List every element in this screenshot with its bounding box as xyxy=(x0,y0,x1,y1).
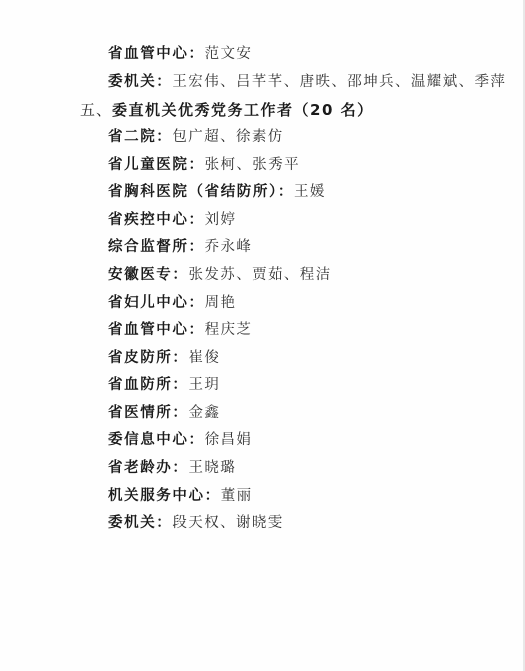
list-item: 省皮防所：崔俊 xyxy=(108,347,220,369)
person-names: 张柯、张秀平 xyxy=(205,157,300,173)
list-item: 省疾控中心：刘婷 xyxy=(108,209,236,231)
unit-label: 机关服务中心： xyxy=(108,488,221,504)
list-item: 省老龄办：王晓璐 xyxy=(108,457,236,479)
list-item: 委信息中心：徐昌娟 xyxy=(108,429,252,451)
section-title: 委直机关优秀党务工作者（20 名） xyxy=(112,101,374,119)
person-names: 徐昌娟 xyxy=(205,432,253,448)
unit-label: 省儿童医院： xyxy=(108,157,205,173)
list-item: 省血管中心：范文安 xyxy=(108,43,252,65)
unit-label: 省疾控中心： xyxy=(108,212,205,228)
unit-label: 省胸科医院（省结防所）： xyxy=(108,184,294,200)
person-names: 程庆芝 xyxy=(205,322,253,338)
person-names: 周艳 xyxy=(205,295,237,311)
person-names: 乔永峰 xyxy=(205,239,253,255)
person-names: 王媛 xyxy=(294,184,326,200)
person-names: 刘婷 xyxy=(205,212,237,228)
section-number: 五、 xyxy=(80,101,112,119)
list-item: 省血管中心：程庆芝 xyxy=(108,319,252,341)
unit-label: 省医情所： xyxy=(108,405,189,421)
unit-label: 省血管中心： xyxy=(108,46,205,62)
person-names: 张发苏、贾茹、程洁 xyxy=(189,267,332,283)
list-item: 省儿童医院：张柯、张秀平 xyxy=(108,154,300,176)
person-names: 董丽 xyxy=(221,488,253,504)
list-item: 省胸科医院（省结防所）：王媛 xyxy=(108,181,326,203)
list-item: 省医情所：金鑫 xyxy=(108,402,220,424)
unit-label: 省血防所： xyxy=(108,377,189,393)
unit-label: 委机关： xyxy=(108,515,172,531)
unit-label: 综合监督所： xyxy=(108,239,205,255)
document-page: 省血管中心：范文安 委机关：王宏伟、吕芊芊、唐昳、邵坤兵、温耀斌、季萍 五、委直… xyxy=(0,0,525,671)
list-item: 省血防所：王玥 xyxy=(108,374,220,396)
unit-label: 委机关： xyxy=(108,74,172,90)
unit-label: 省二院： xyxy=(108,129,172,145)
person-names: 崔俊 xyxy=(189,350,221,366)
unit-label: 委信息中心： xyxy=(108,432,205,448)
person-names: 金鑫 xyxy=(189,405,221,421)
person-names: 王晓璐 xyxy=(189,460,237,476)
unit-label: 省血管中心： xyxy=(108,322,205,338)
list-item: 委机关：王宏伟、吕芊芊、唐昳、邵坤兵、温耀斌、季萍 xyxy=(108,71,506,93)
unit-label: 安徽医专： xyxy=(108,267,189,283)
list-item: 省妇儿中心：周艳 xyxy=(108,292,236,314)
unit-label: 省妇儿中心： xyxy=(108,295,205,311)
unit-label: 省老龄办： xyxy=(108,460,189,476)
person-names: 王宏伟、吕芊芊、唐昳、邵坤兵、温耀斌、季萍 xyxy=(172,74,506,90)
list-item: 省二院：包广超、徐素仿 xyxy=(108,126,284,148)
person-names: 段天权、谢晓雯 xyxy=(172,515,283,531)
list-item: 委机关：段天权、谢晓雯 xyxy=(108,512,284,534)
list-item: 安徽医专：张发苏、贾茹、程洁 xyxy=(108,264,332,286)
unit-label: 省皮防所： xyxy=(108,350,189,366)
list-item: 综合监督所：乔永峰 xyxy=(108,236,252,258)
list-item: 机关服务中心：董丽 xyxy=(108,485,253,507)
section-heading: 五、委直机关优秀党务工作者（20 名） xyxy=(80,99,374,121)
person-names: 范文安 xyxy=(205,46,253,62)
person-names: 包广超、徐素仿 xyxy=(172,129,283,145)
person-names: 王玥 xyxy=(189,377,221,393)
